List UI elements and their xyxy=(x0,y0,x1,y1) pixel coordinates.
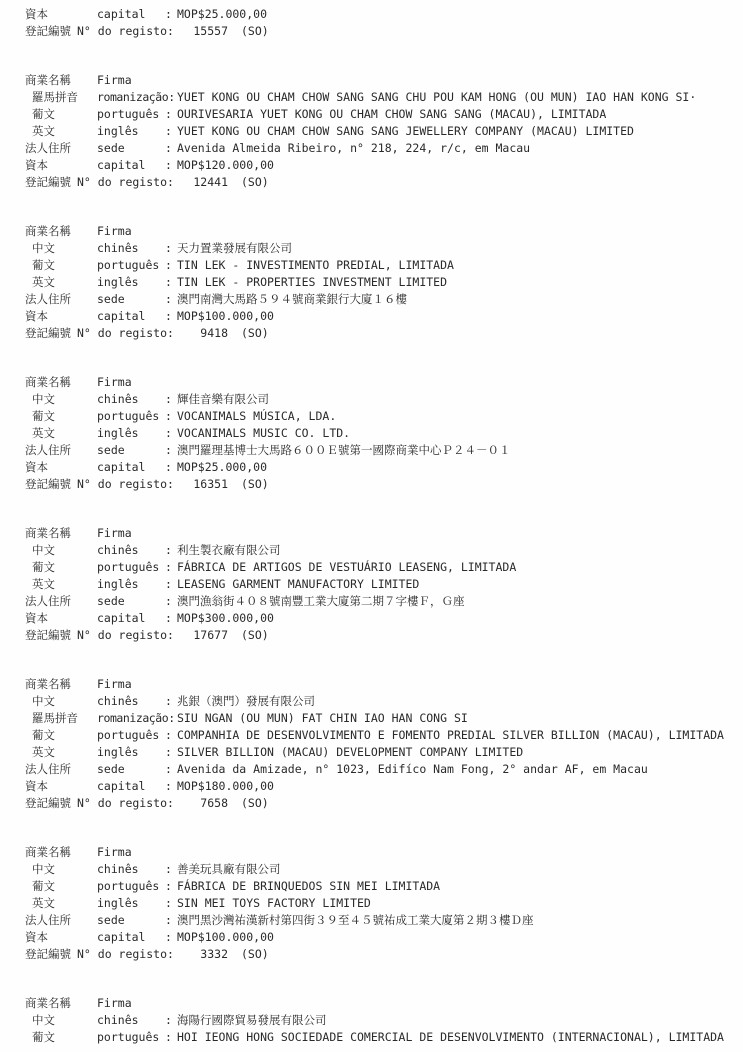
field-colon: : xyxy=(165,693,177,710)
field-value: MOP$120.000,00 xyxy=(177,157,743,174)
field-value: SIN MEI TOYS FACTORY LIMITED xyxy=(177,895,743,912)
field-colon: : xyxy=(165,425,177,442)
field-label-pt: Firma xyxy=(97,995,165,1012)
field-label-pt: Firma xyxy=(97,374,165,391)
document-page: 資本capital:MOP$25.000,00登記編號N° do registo… xyxy=(0,0,743,1046)
field-value: Avenida da Amizade, n° 1023, Edifíco Nam… xyxy=(177,761,743,778)
field-row-header: 商業名稱Firma xyxy=(0,72,743,89)
field-row-sub: 英文inglês:YUET KONG OU CHAM CHOW SANG SAN… xyxy=(0,123,743,140)
field-row-header: 商業名稱Firma xyxy=(0,374,743,391)
field-label-zh: 羅馬拼音 xyxy=(25,89,97,106)
field-label-pt: chinês xyxy=(97,240,165,257)
registry-entry: 商業名稱Firma中文chinês:利生製衣廠有限公司葡文português:F… xyxy=(0,525,743,644)
field-row-sub: 葡文português:TIN LEK - INVESTIMENTO PREDI… xyxy=(0,257,743,274)
field-colon: : xyxy=(165,157,177,174)
field-label-pt: chinês xyxy=(97,693,165,710)
field-row-sub: 中文chinês:利生製衣廠有限公司 xyxy=(0,542,743,559)
field-value: 善美玩具廠有限公司 xyxy=(177,861,743,878)
field-label-pt: sede xyxy=(97,593,165,610)
field-label-pt: capital xyxy=(97,929,165,946)
field-label-pt: capital xyxy=(97,157,165,174)
field-label-pt: N° do registo: xyxy=(77,946,174,963)
field-value: 澳門南灣大馬路５９４號商業銀行大廈１６樓 xyxy=(177,291,743,308)
field-row-main: 資本capital:MOP$120.000,00 xyxy=(0,157,743,174)
field-label-zh: 羅馬拼音 xyxy=(25,710,97,727)
field-label-pt: N° do registo: xyxy=(77,627,174,644)
field-value: 澳門漁翁街４０８號南豐工業大廈第二期７字樓Ｆ，Ｇ座 xyxy=(177,593,743,610)
field-label-pt: português xyxy=(97,727,165,744)
field-label-zh: 資本 xyxy=(25,778,97,795)
field-colon: : xyxy=(165,6,177,23)
field-row-main: 資本capital:MOP$100.000,00 xyxy=(0,929,743,946)
field-label-zh: 英文 xyxy=(25,274,97,291)
registo-number: 3332 xyxy=(184,946,228,963)
field-row-main: 法人住所sede:澳門南灣大馬路５９４號商業銀行大廈１６樓 xyxy=(0,291,743,308)
field-label-zh: 登記編號 xyxy=(25,795,77,812)
field-label-zh: 葡文 xyxy=(25,408,97,425)
field-value: 天力置業發展有限公司 xyxy=(177,240,743,257)
field-label-pt: inglês xyxy=(97,895,165,912)
field-colon: : xyxy=(165,442,177,459)
field-row-main: 資本capital:MOP$100.000,00 xyxy=(0,308,743,325)
field-row-sub: 葡文português:COMPANHIA DE DESENVOLVIMENTO… xyxy=(0,727,743,744)
field-value: MOP$100.000,00 xyxy=(177,929,743,946)
field-row-main: 法人住所sede:澳門漁翁街４０８號南豐工業大廈第二期７字樓Ｆ，Ｇ座 xyxy=(0,593,743,610)
field-colon: : xyxy=(165,123,177,140)
field-colon: : xyxy=(165,761,177,778)
field-row-main: 法人住所sede:Avenida Almeida Ribeiro, n° 218… xyxy=(0,140,743,157)
registo-suffix: (SO) xyxy=(241,946,269,963)
field-row-sub: 葡文português:FÁBRICA DE BRINQUEDOS SIN ME… xyxy=(0,878,743,895)
field-colon: : xyxy=(165,610,177,627)
field-label-zh: 英文 xyxy=(25,576,97,593)
field-colon: : xyxy=(165,408,177,425)
field-label-pt: N° do registo: xyxy=(77,476,174,493)
field-label-pt: capital xyxy=(97,6,165,23)
field-value: LEASENG GARMENT MANUFACTORY LIMITED xyxy=(177,576,743,593)
field-row-registo: 登記編號N° do registo:16351(SO) xyxy=(0,476,743,493)
field-label-zh: 中文 xyxy=(25,1012,97,1029)
field-row-main: 資本capital:MOP$300.000,00 xyxy=(0,610,743,627)
field-label-pt: chinês xyxy=(97,542,165,559)
field-colon: : xyxy=(165,257,177,274)
field-value: 利生製衣廠有限公司 xyxy=(177,542,743,559)
field-colon: : xyxy=(165,240,177,257)
field-row-sub: 葡文português:FÁBRICA DE ARTIGOS DE VESTUÁ… xyxy=(0,559,743,576)
field-label-pt: capital xyxy=(97,308,165,325)
field-label-zh: 登記編號 xyxy=(25,627,77,644)
field-label-zh: 英文 xyxy=(25,123,97,140)
field-value: 海陽行國際貿易發展有限公司 xyxy=(177,1012,743,1029)
field-label-zh: 商業名稱 xyxy=(25,374,97,391)
registry-entry: 商業名稱Firma中文chinês:天力置業發展有限公司葡文português:… xyxy=(0,223,743,342)
field-label-zh: 英文 xyxy=(25,425,97,442)
field-label-pt: chinês xyxy=(97,1012,165,1029)
registo-number: 7658 xyxy=(184,795,228,812)
field-row-sub: 英文inglês:TIN LEK - PROPERTIES INVESTMENT… xyxy=(0,274,743,291)
field-label-pt: N° do registo: xyxy=(77,795,174,812)
field-label-zh: 登記編號 xyxy=(25,476,77,493)
field-label-pt: capital xyxy=(97,778,165,795)
field-row-registo: 登記編號N° do registo:7658(SO) xyxy=(0,795,743,812)
field-colon: : xyxy=(165,291,177,308)
field-label-pt: romanização: xyxy=(97,89,177,106)
field-value: VOCANIMALS MÚSICA, LDA. xyxy=(177,408,743,425)
field-row-sub: 英文inglês:SILVER BILLION (MACAU) DEVELOPM… xyxy=(0,744,743,761)
registo-number: 15557 xyxy=(184,23,228,40)
field-label-pt: sede xyxy=(97,912,165,929)
field-colon: : xyxy=(165,744,177,761)
field-label-pt: Firma xyxy=(97,676,165,693)
field-colon: : xyxy=(165,727,177,744)
field-row-main: 法人住所sede:Avenida da Amizade, n° 1023, Ed… xyxy=(0,761,743,778)
field-label-zh: 法人住所 xyxy=(25,442,97,459)
field-label-zh: 中文 xyxy=(25,861,97,878)
field-label-pt: Firma xyxy=(97,72,165,89)
field-label-pt: inglês xyxy=(97,123,165,140)
registo-suffix: (SO) xyxy=(241,627,269,644)
field-colon: : xyxy=(165,778,177,795)
field-colon: : xyxy=(165,1029,177,1046)
field-colon: : xyxy=(165,895,177,912)
registry-entry-partial: 資本capital:MOP$25.000,00登記編號N° do registo… xyxy=(0,6,743,40)
field-label-pt: inglês xyxy=(97,576,165,593)
field-value: 澳門黑沙灣祐漢新村第四街３９至４５號祐成工業大廈第２期３樓Ｄ座 xyxy=(177,912,743,929)
field-row-subn: 羅馬拼音romanização:YUET KONG OU CHAM CHOW S… xyxy=(0,89,743,106)
field-label-zh: 法人住所 xyxy=(25,912,97,929)
field-label-zh: 商業名稱 xyxy=(25,844,97,861)
field-label-zh: 中文 xyxy=(25,542,97,559)
field-label-zh: 商業名稱 xyxy=(25,995,97,1012)
field-label-zh: 中文 xyxy=(25,391,97,408)
field-label-pt: português xyxy=(97,408,165,425)
field-value: FÁBRICA DE BRINQUEDOS SIN MEI LIMITADA xyxy=(177,878,743,895)
field-label-zh: 葡文 xyxy=(25,878,97,895)
field-row-header: 商業名稱Firma xyxy=(0,223,743,240)
field-row-sub: 英文inglês:LEASENG GARMENT MANUFACTORY LIM… xyxy=(0,576,743,593)
field-value: YUET KONG OU CHAM CHOW SANG SANG JEWELLE… xyxy=(177,123,743,140)
registo-suffix: (SO) xyxy=(241,795,269,812)
field-label-pt: Firma xyxy=(97,223,165,240)
field-label-zh: 資本 xyxy=(25,610,97,627)
registo-suffix: (SO) xyxy=(241,325,269,342)
field-label-zh: 登記編號 xyxy=(25,325,77,342)
registo-suffix: (SO) xyxy=(241,476,269,493)
registry-entry: 商業名稱Firma中文chinês:海陽行國際貿易發展有限公司葡文portugu… xyxy=(0,995,743,1046)
field-colon: : xyxy=(165,459,177,476)
field-label-pt: português xyxy=(97,878,165,895)
field-label-pt: capital xyxy=(97,610,165,627)
field-label-pt: inglês xyxy=(97,744,165,761)
field-label-zh: 資本 xyxy=(25,929,97,946)
registry-entry: 商業名稱Firma中文chinês:輝佳音樂有限公司葡文português:VO… xyxy=(0,374,743,493)
field-label-pt: N° do registo: xyxy=(77,23,174,40)
field-label-zh: 法人住所 xyxy=(25,593,97,610)
field-colon: : xyxy=(165,878,177,895)
field-colon xyxy=(165,374,177,391)
registo-suffix: (SO) xyxy=(241,174,269,191)
field-label-zh: 資本 xyxy=(25,459,97,476)
field-label-pt: romanização: xyxy=(97,710,177,727)
field-row-sub: 英文inglês:VOCANIMALS MUSIC CO. LTD. xyxy=(0,425,743,442)
field-label-pt: N° do registo: xyxy=(77,325,174,342)
field-colon: : xyxy=(165,912,177,929)
field-label-pt: português xyxy=(97,559,165,576)
field-colon: : xyxy=(165,542,177,559)
field-label-zh: 英文 xyxy=(25,895,97,912)
field-value: 輝佳音樂有限公司 xyxy=(177,391,743,408)
field-label-pt: sede xyxy=(97,140,165,157)
field-value: SILVER BILLION (MACAU) DEVELOPMENT COMPA… xyxy=(177,744,743,761)
field-row-main: 資本capital:MOP$25.000,00 xyxy=(0,6,743,23)
field-colon: : xyxy=(165,559,177,576)
field-value: Avenida Almeida Ribeiro, n° 218, 224, r/… xyxy=(177,140,743,157)
field-label-pt: chinês xyxy=(97,861,165,878)
field-row-registo: 登記編號N° do registo:12441(SO) xyxy=(0,174,743,191)
field-label-pt: capital xyxy=(97,459,165,476)
registo-number: 9418 xyxy=(184,325,228,342)
field-label-pt: inglês xyxy=(97,274,165,291)
field-label-pt: português xyxy=(97,1029,165,1046)
registry-entry: 商業名稱Firma中文chinês:善美玩具廠有限公司葡文português:F… xyxy=(0,844,743,963)
field-label-zh: 登記編號 xyxy=(25,946,77,963)
field-label-pt: português xyxy=(97,106,165,123)
field-value: MOP$180.000,00 xyxy=(177,778,743,795)
field-colon xyxy=(165,995,177,1012)
registry-entry: 商業名稱Firma羅馬拼音romanização:YUET KONG OU CH… xyxy=(0,72,743,191)
field-label-zh: 登記編號 xyxy=(25,23,77,40)
field-label-zh: 登記編號 xyxy=(25,174,77,191)
field-row-sub: 中文chinês:兆銀（澳門）發展有限公司 xyxy=(0,693,743,710)
field-colon: : xyxy=(165,1012,177,1029)
field-value: MOP$25.000,00 xyxy=(177,459,743,476)
field-label-zh: 商業名稱 xyxy=(25,223,97,240)
field-label-zh: 中文 xyxy=(25,240,97,257)
field-value: 澳門羅理基博士大馬路６００Ｅ號第一國際商業中心Ｐ２４－０１ xyxy=(177,442,743,459)
field-label-pt: português xyxy=(97,257,165,274)
field-label-zh: 中文 xyxy=(25,693,97,710)
field-colon xyxy=(165,72,177,89)
field-label-zh: 英文 xyxy=(25,744,97,761)
field-colon: : xyxy=(165,391,177,408)
field-label-zh: 資本 xyxy=(25,157,97,174)
registo-number: 12441 xyxy=(184,174,228,191)
field-value: COMPANHIA DE DESENVOLVIMENTO E FOMENTO P… xyxy=(177,727,743,744)
field-row-registo: 登記編號N° do registo:17677(SO) xyxy=(0,627,743,644)
field-colon xyxy=(165,676,177,693)
field-row-sub: 中文chinês:善美玩具廠有限公司 xyxy=(0,861,743,878)
field-row-registo: 登記編號N° do registo:9418(SO) xyxy=(0,325,743,342)
field-label-zh: 商業名稱 xyxy=(25,525,97,542)
field-label-zh: 資本 xyxy=(25,308,97,325)
field-colon: : xyxy=(165,861,177,878)
field-row-subn: 羅馬拼音romanização:SIU NGAN (OU MUN) FAT CH… xyxy=(0,710,743,727)
field-label-zh: 法人住所 xyxy=(25,761,97,778)
field-colon: : xyxy=(165,593,177,610)
field-row-sub: 葡文português:HOI IEONG HONG SOCIEDADE COM… xyxy=(0,1029,743,1046)
field-row-sub: 中文chinês:海陽行國際貿易發展有限公司 xyxy=(0,1012,743,1029)
field-row-main: 資本capital:MOP$180.000,00 xyxy=(0,778,743,795)
field-colon: : xyxy=(165,274,177,291)
field-row-sub: 中文chinês:天力置業發展有限公司 xyxy=(0,240,743,257)
field-label-pt: sede xyxy=(97,291,165,308)
field-row-main: 資本capital:MOP$25.000,00 xyxy=(0,459,743,476)
field-colon xyxy=(165,525,177,542)
field-colon: : xyxy=(165,929,177,946)
field-value: OURIVESARIA YUET KONG OU CHAM CHOW SANG … xyxy=(177,106,743,123)
field-label-pt: sede xyxy=(97,442,165,459)
field-label-zh: 資本 xyxy=(25,6,97,23)
field-row-sub: 英文inglês:SIN MEI TOYS FACTORY LIMITED xyxy=(0,895,743,912)
field-row-main: 法人住所sede:澳門黑沙灣祐漢新村第四街３９至４５號祐成工業大廈第２期３樓Ｄ座 xyxy=(0,912,743,929)
field-row-header: 商業名稱Firma xyxy=(0,525,743,542)
field-label-pt: N° do registo: xyxy=(77,174,174,191)
field-value: VOCANIMALS MUSIC CO. LTD. xyxy=(177,425,743,442)
field-row-registo: 登記編號N° do registo:15557(SO) xyxy=(0,23,743,40)
field-row-registo: 登記編號N° do registo:3332(SO) xyxy=(0,946,743,963)
field-row-sub: 葡文português:VOCANIMALS MÚSICA, LDA. xyxy=(0,408,743,425)
field-value: MOP$300.000,00 xyxy=(177,610,743,627)
field-row-sub: 中文chinês:輝佳音樂有限公司 xyxy=(0,391,743,408)
field-value: MOP$100.000,00 xyxy=(177,308,743,325)
registo-number: 16351 xyxy=(184,476,228,493)
field-label-pt: Firma xyxy=(97,844,165,861)
field-value: 兆銀（澳門）發展有限公司 xyxy=(177,693,743,710)
field-label-zh: 法人住所 xyxy=(25,140,97,157)
field-colon: : xyxy=(165,308,177,325)
field-row-header: 商業名稱Firma xyxy=(0,676,743,693)
field-colon xyxy=(165,844,177,861)
registo-number: 17677 xyxy=(184,627,228,644)
registry-entry: 商業名稱Firma中文chinês:兆銀（澳門）發展有限公司羅馬拼音romani… xyxy=(0,676,743,812)
registo-suffix: (SO) xyxy=(241,23,269,40)
field-label-pt: inglês xyxy=(97,425,165,442)
field-row-main: 法人住所sede:澳門羅理基博士大馬路６００Ｅ號第一國際商業中心Ｐ２４－０１ xyxy=(0,442,743,459)
field-colon: : xyxy=(165,140,177,157)
field-label-zh: 商業名稱 xyxy=(25,72,97,89)
field-colon xyxy=(165,223,177,240)
field-value: TIN LEK - PROPERTIES INVESTMENT LIMITED xyxy=(177,274,743,291)
field-label-zh: 法人住所 xyxy=(25,291,97,308)
field-label-pt: sede xyxy=(97,761,165,778)
field-label-pt: chinês xyxy=(97,391,165,408)
field-label-zh: 葡文 xyxy=(25,727,97,744)
field-label-zh: 葡文 xyxy=(25,1029,97,1046)
field-label-zh: 葡文 xyxy=(25,559,97,576)
field-value: FÁBRICA DE ARTIGOS DE VESTUÁRIO LEASENG,… xyxy=(177,559,743,576)
field-label-zh: 葡文 xyxy=(25,257,97,274)
field-colon: : xyxy=(165,576,177,593)
field-value: HOI IEONG HONG SOCIEDADE COMERCIAL DE DE… xyxy=(177,1029,743,1046)
field-value: SIU NGAN (OU MUN) FAT CHIN IAO HAN CONG … xyxy=(177,710,743,727)
field-label-zh: 葡文 xyxy=(25,106,97,123)
field-value: TIN LEK - INVESTIMENTO PREDIAL, LIMITADA xyxy=(177,257,743,274)
field-value: MOP$25.000,00 xyxy=(177,6,743,23)
field-value: YUET KONG OU CHAM CHOW SANG SANG CHU POU… xyxy=(177,89,743,106)
field-colon: : xyxy=(165,106,177,123)
registry-entries: 商業名稱Firma羅馬拼音romanização:YUET KONG OU CH… xyxy=(0,72,743,1046)
field-row-sub: 葡文português:OURIVESARIA YUET KONG OU CHA… xyxy=(0,106,743,123)
field-label-pt: Firma xyxy=(97,525,165,542)
field-row-header: 商業名稱Firma xyxy=(0,995,743,1012)
field-row-header: 商業名稱Firma xyxy=(0,844,743,861)
field-label-zh: 商業名稱 xyxy=(25,676,97,693)
